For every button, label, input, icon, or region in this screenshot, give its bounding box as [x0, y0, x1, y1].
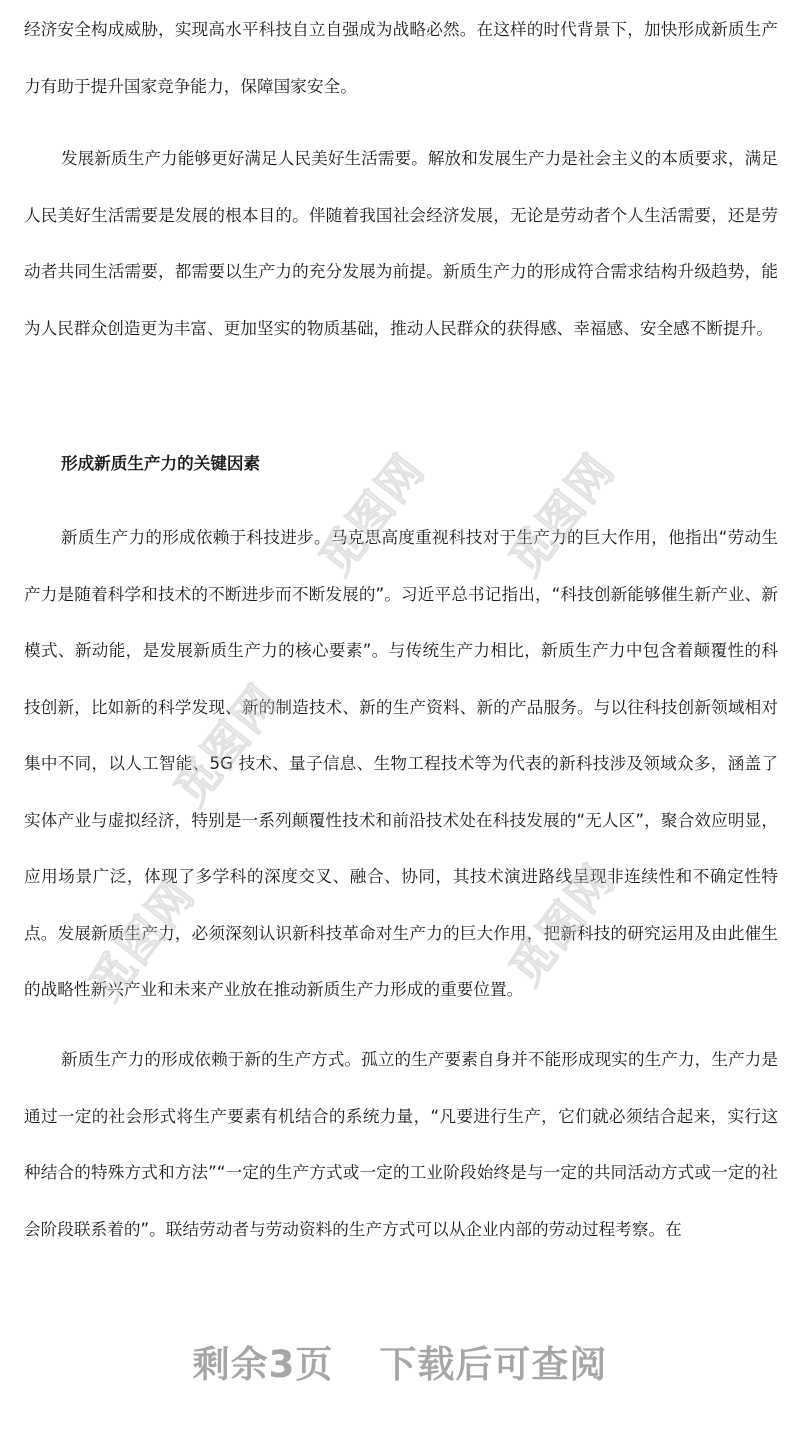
download-hint-label: 下载后可查阅 — [379, 1343, 607, 1386]
remaining-pages-label: 剩余3页 — [193, 1343, 334, 1386]
paragraph-production-mode: 新质生产力的形成依赖于新的生产方式。孤立的生产要素自身并不能形成现实的生产力，生… — [24, 1032, 778, 1258]
section-heading: 形成新质生产力的关键因素 — [61, 449, 260, 479]
paragraph-people-needs: 发展新质生产力能够更好满足人民美好生活需要。解放和发展生产力是社会主义的本质要求… — [24, 131, 778, 357]
paragraph-tech-progress: 新质生产力的形成依赖于科技进步。马克思高度重视科技对于生产力的巨大作用，他指出“… — [24, 510, 778, 1019]
download-prompt[interactable]: 剩余3页下载后可查阅 — [0, 1334, 800, 1388]
paragraph-national-security: 经济安全构成威胁，实现高水平科技自立自强成为战略必然。在这样的时代背景下，加快形… — [24, 2, 778, 115]
